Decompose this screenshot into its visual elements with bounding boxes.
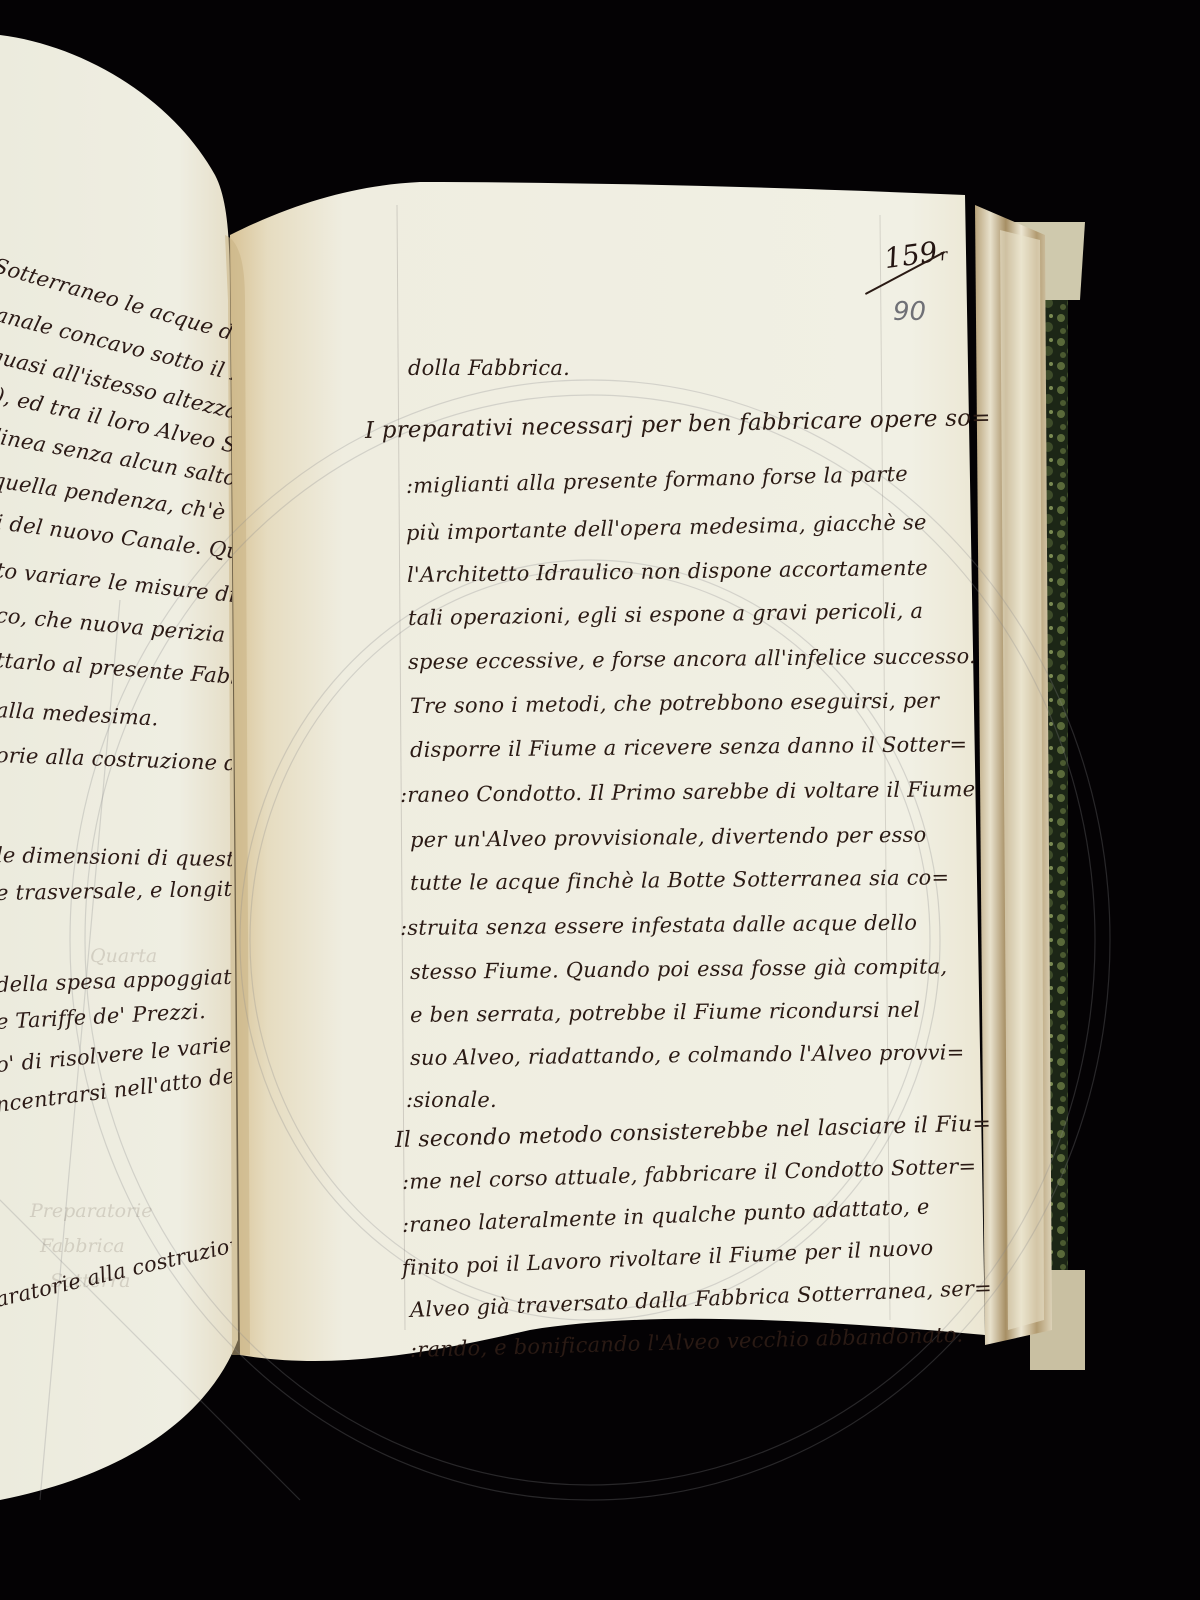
text-line: disporre il Fiume a ricevere senza danno… — [410, 734, 968, 761]
text-line: le dimensioni di questa — [0, 845, 232, 870]
text-line: :sionale. — [406, 1090, 497, 1111]
text-line: ttarlo al presente Fabb — [0, 650, 232, 688]
text-line: e trasversale, e longitudi — [0, 878, 232, 904]
text-line: alla medesima. — [0, 700, 159, 729]
text-line: :struita senza essere infestata dalle ac… — [400, 913, 917, 939]
left-page-text: Sotterraneo le acque deve Canale concavo… — [0, 0, 232, 1600]
manuscript-photo: 159r 90 dolla Fabbrica. I preparativi ne… — [0, 0, 1200, 1600]
text-line: co, che nuova perizia po — [0, 605, 232, 649]
text-line: orie alla costruzione della — [0, 745, 232, 776]
text-line: stesso Fiume. Quando poi essa fosse già … — [410, 956, 948, 983]
section-heading: dolla Fabbrica. — [408, 356, 570, 380]
text-line: della spesa appoggiate al — [0, 965, 232, 996]
text-line: e ben serrata, potrebbe il Fiume ricondu… — [410, 1000, 920, 1026]
text-line: aratorie alla costruzione — [0, 1230, 232, 1310]
text-line: to variare le misure di — [0, 560, 232, 606]
text-line: e Tariffe de' Prezzi. — [0, 1001, 206, 1033]
text-line: per un'Alveo provvisionale, divertendo p… — [410, 825, 927, 851]
text-line: Tre sono i metodi, che potrebbono esegui… — [410, 690, 939, 717]
text-line: suo Alveo, riadattando, e colmando l'Alv… — [410, 1042, 965, 1069]
pencil-folio-number: 90 — [893, 297, 926, 327]
text-line: tutte le acque finchè la Botte Sotterran… — [410, 867, 949, 894]
